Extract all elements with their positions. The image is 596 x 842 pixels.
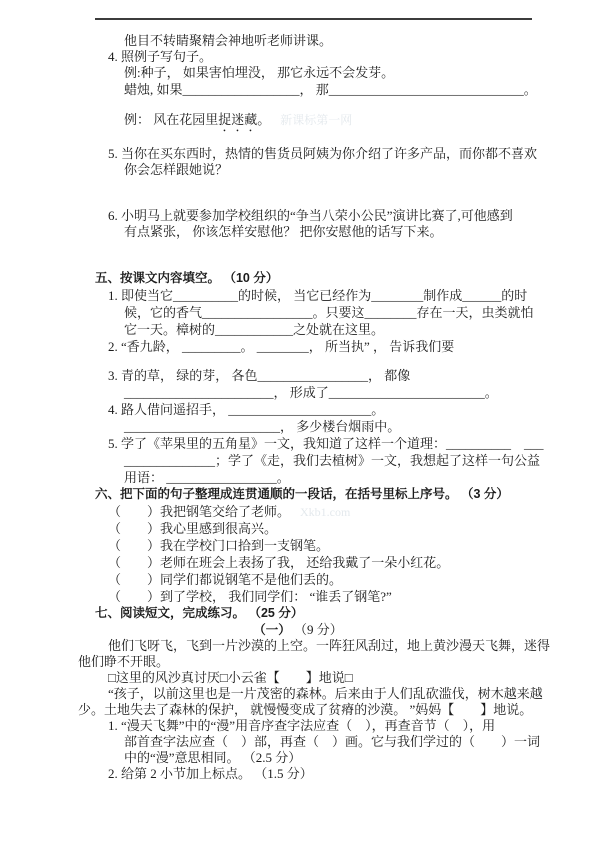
sec5-q5-line1: 5. 学了《苹果里的五角星》一文，我知道了这样一个道理：__________ _… [108, 435, 596, 452]
sec5-q4-line2: ________________________， 多少楼台烟雨中。 [124, 418, 596, 435]
sec5-q1-line3: 它一天。樟树的____________之处就在这里。 [124, 321, 596, 338]
question-5-line1: 5. 当你在买东西时，热情的售货员阿姨为你介绍了许多产品，而你都不喜欢 [108, 146, 596, 162]
section-5-header: 五、按课文内容填空。 （10 分） [95, 270, 596, 287]
question-6-line2: 有点紧张， 你该怎样安慰他？ 把你安慰他的话写下来。 [124, 224, 596, 240]
sec5-q1-line2: 候，它的香气_________________。只要这________存在一天，… [124, 304, 596, 321]
sec7-q1-line3: 中的“漫”意思相同。 （2.5 分） [124, 750, 596, 766]
example2-emphasized-word: 捉迷藏 [218, 112, 257, 127]
sec7-q1-line1: 1. “漫天飞舞”中的“漫”用音序查字法应查（ ），再查音节（ ），用 [108, 718, 596, 734]
answer-line: 他目不转睛聚精会神地听老师讲课。 [124, 33, 596, 49]
passage-line: 少。土地失去了森林的保护， 就慢慢变成了贫瘠的沙漠。 ”妈妈【 】地说。 [78, 702, 596, 718]
sec5-q3-line1: 3. 青的草， 绿的芽， 各色_________________， 都像 [108, 367, 596, 384]
sec5-q4-line1: 4. 路人借问遥招手， ______________________。 [108, 401, 596, 418]
sec5-q5-line2: ______________；学了《走，我们去植树》一文，我想起了这样一句公益 [124, 452, 596, 469]
spacer [0, 178, 596, 208]
passage-number: （一） [253, 623, 291, 637]
sec7-q2-line: 2. 给第 2 小节加上标点。 （1.5 分） [108, 766, 596, 782]
passage-score: （9 分） [291, 622, 343, 637]
sec5-q1-line1: 1. 即使当它__________的时候， 当它已经作为________制作成_… [108, 287, 596, 304]
example2-suffix: 。 [257, 112, 270, 127]
sec6-item: （ ）到了学校， 我们同学们： “谁丢了钢笔?” [108, 588, 596, 605]
watermark-text: 新课标第一网 [270, 113, 352, 127]
sec5-q3-line2: _______________________， 形成了____________… [124, 384, 596, 401]
sec6-item: （ ）同学们都说钢笔不是他们丢的。 [108, 571, 596, 588]
passage-1-subtitle: （一） （9 分） [0, 622, 596, 638]
question-4-fill-blank: 蜡烛, 如果__________________， 那_____________… [124, 81, 596, 98]
passage-line: “孩子，以前这里也是一片茂密的森林。后来由于人们乱砍滥伐，树木越来越 [108, 686, 596, 702]
sec6-item-text: （ ）我把钢笔交给了老师。 [108, 504, 290, 519]
top-divider-rule [95, 18, 532, 20]
sec6-item: （ ）老师在班会上表扬了我， 还给我戴了一朵小红花。 [108, 554, 596, 571]
sec6-item: （ ）我把钢笔交给了老师。Xkb1.com [108, 503, 596, 520]
question-4-title: 4. 照例子写句子。 [108, 49, 596, 65]
question-6-line1: 6. 小明马上就要参加学校组织的“争当八荣小公民”演讲比赛了,可他感到 [108, 208, 596, 224]
sec6-item: （ ）我心里感到很高兴。 [108, 520, 596, 537]
watermark-text: Xkb1.com [290, 505, 350, 519]
section-7-header: 七、阅读短文，完成练习。 （25 分） [95, 605, 596, 622]
exam-paper-page: 他目不转睛聚精会神地听老师讲课。 4. 照例子写句子。 例:种子， 如果害怕埋没… [0, 0, 596, 842]
passage-line: □这里的风沙真讨厌□小云雀【 】地说□ [108, 670, 596, 686]
sec7-q1-line2: 部首查字法应查（ ）部，再查（ ）画。它与我们学过的（ ）一词 [124, 734, 596, 750]
section-6-header: 六、把下面的句子整理成连贯通顺的一段话，在括号里标上序号。 （3 分） [95, 486, 596, 503]
spacer [0, 98, 596, 112]
example2-prefix: 例： 风在花园里 [124, 112, 218, 127]
question-4-example2: 例： 风在花园里捉迷藏。新课标第一网 [124, 112, 596, 128]
spacer [0, 240, 596, 270]
question-4-example1: 例:种子， 如果害怕埋没， 那它永远不会发芽。 [124, 65, 596, 81]
passage-line: 他们飞呀飞，飞到一片沙漠的上空。一阵狂风刮过，地上黄沙漫天飞舞，迷得 [108, 638, 596, 654]
sec6-item: （ ）我在学校门口拾到一支钢笔。 [108, 537, 596, 554]
passage-line: 他们睁不开眼。 [78, 654, 596, 670]
spacer [0, 128, 596, 146]
sec5-q5-line3: 用语： _________________。 [124, 469, 596, 486]
sec5-q2-line: 2. “香九龄， _________。 ________， 所当执” ， 告诉我… [108, 338, 596, 355]
spacer [0, 355, 596, 367]
question-5-line2: 你会怎样跟她说？ [124, 162, 596, 178]
